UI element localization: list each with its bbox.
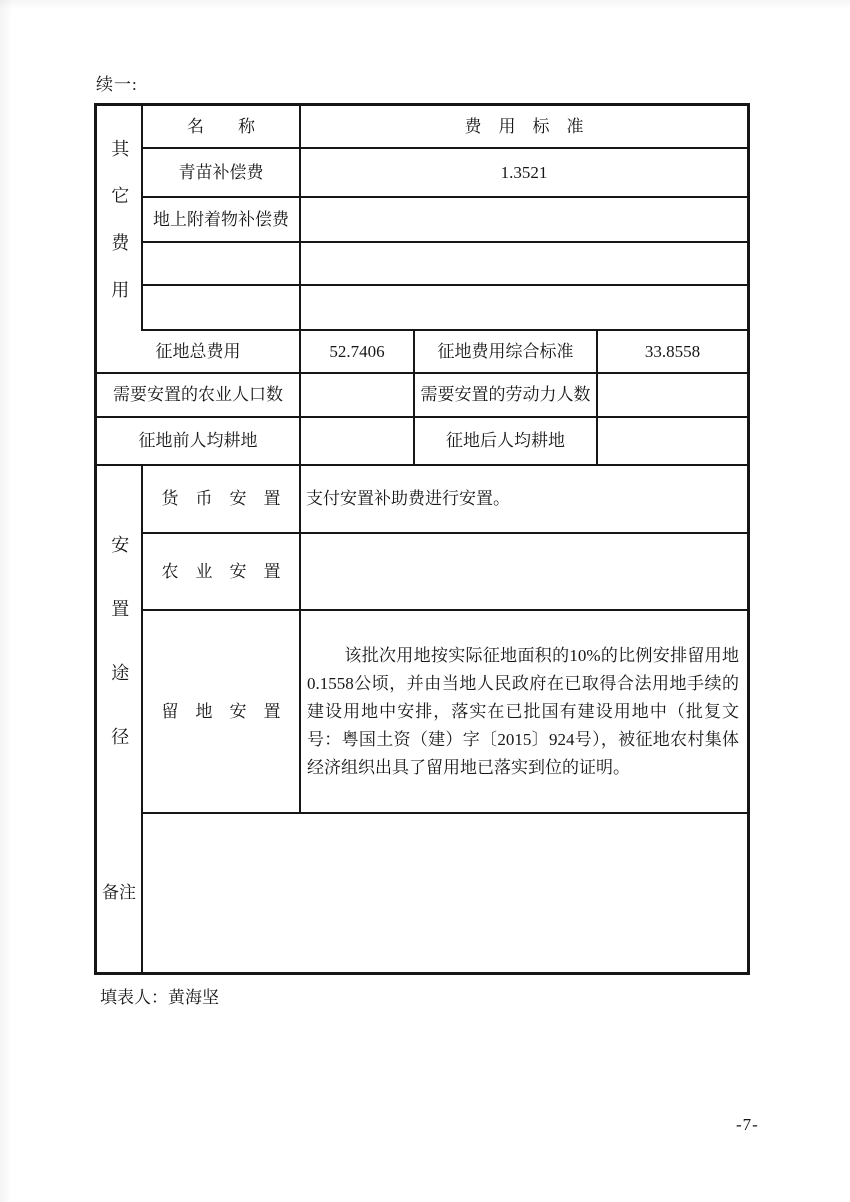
page-number: -7- (736, 1115, 759, 1135)
fee-value-cell (301, 286, 747, 331)
retained-land-paragraph: 该批次用地按实际征地面积的10%的比例安排留用地0.1558公顷，并由当地人民政… (307, 642, 739, 782)
remarks-label-cell: 备注 (97, 814, 143, 972)
remarks-content-cell (143, 814, 747, 972)
other-fees-section-label: 其它费用 (108, 139, 131, 327)
summary-label-cell: 征地后人均耕地 (415, 418, 598, 466)
summary-value-cell: 33.8558 (598, 331, 747, 374)
resettlement-section-label-cell: 安置途径 (97, 466, 143, 814)
summary-value-cell: 52.7406 (301, 331, 415, 374)
resettlement-type-cell: 留 地 安 置 (143, 611, 301, 814)
summary-value-cell (301, 418, 415, 466)
form-filler-line: 填表人：黄海坚 (100, 983, 219, 1008)
summary-label-cell: 需要安置的农业人口数 (97, 374, 301, 418)
form-filler-name: 黄海坚 (168, 988, 219, 1007)
summary-label-cell: 征地总费用 (97, 331, 301, 374)
resettlement-section-label: 安置途径 (108, 535, 131, 791)
continuation-label: 续一: (96, 70, 138, 95)
fee-value-cell: 1.3521 (301, 149, 747, 198)
header-name-cell: 名 称 (143, 106, 301, 149)
fee-name-cell: 地上附着物补偿费 (143, 198, 301, 243)
resettlement-type-cell: 货 币 安 置 (143, 466, 301, 534)
fee-value-cell (301, 198, 747, 243)
header-standard-cell: 费 用 标 准 (301, 106, 747, 149)
other-fees-section-label-cell: 其它费用 (97, 106, 143, 331)
resettlement-section: 安置途径 货 币 安 置 支付安置补助费进行安置。 农 业 安 置 留 地 安 … (97, 466, 747, 814)
summary-value-cell (598, 418, 747, 466)
fee-name-cell (143, 243, 301, 286)
resettlement-content-cell: 该批次用地按实际征地面积的10%的比例安排留用地0.1558公顷，并由当地人民政… (301, 611, 747, 814)
fee-name-cell: 青苗补偿费 (143, 149, 301, 198)
fee-name-cell (143, 286, 301, 331)
summary-value-cell (598, 374, 747, 418)
summary-value-cell (301, 374, 415, 418)
summary-label-cell: 需要安置的劳动力人数 (415, 374, 598, 418)
fee-value-cell (301, 243, 747, 286)
other-fees-section: 其它费用 名 称 费 用 标 准 青苗补偿费 1.3521 地上附着物补偿费 (97, 106, 747, 331)
resettlement-content-cell: 支付安置补助费进行安置。 (301, 466, 747, 534)
summary-label-cell: 征地前人均耕地 (97, 418, 301, 466)
form-filler-label: 填表人： (100, 988, 168, 1007)
summary-section: 征地总费用 52.7406 征地费用综合标准 33.8558 需要安置的农业人口… (97, 331, 747, 466)
summary-label-cell: 征地费用综合标准 (415, 331, 598, 374)
resettlement-type-cell: 农 业 安 置 (143, 534, 301, 611)
land-acquisition-fee-table: 其它费用 名 称 费 用 标 准 青苗补偿费 1.3521 地上附着物补偿费 征… (94, 103, 750, 975)
scanned-form-page: 续一: 其它费用 名 称 费 用 标 准 青苗补偿费 1.3521 地上附着物补… (0, 0, 850, 1202)
resettlement-content-cell (301, 534, 747, 611)
remarks-section: 备注 (97, 814, 747, 972)
